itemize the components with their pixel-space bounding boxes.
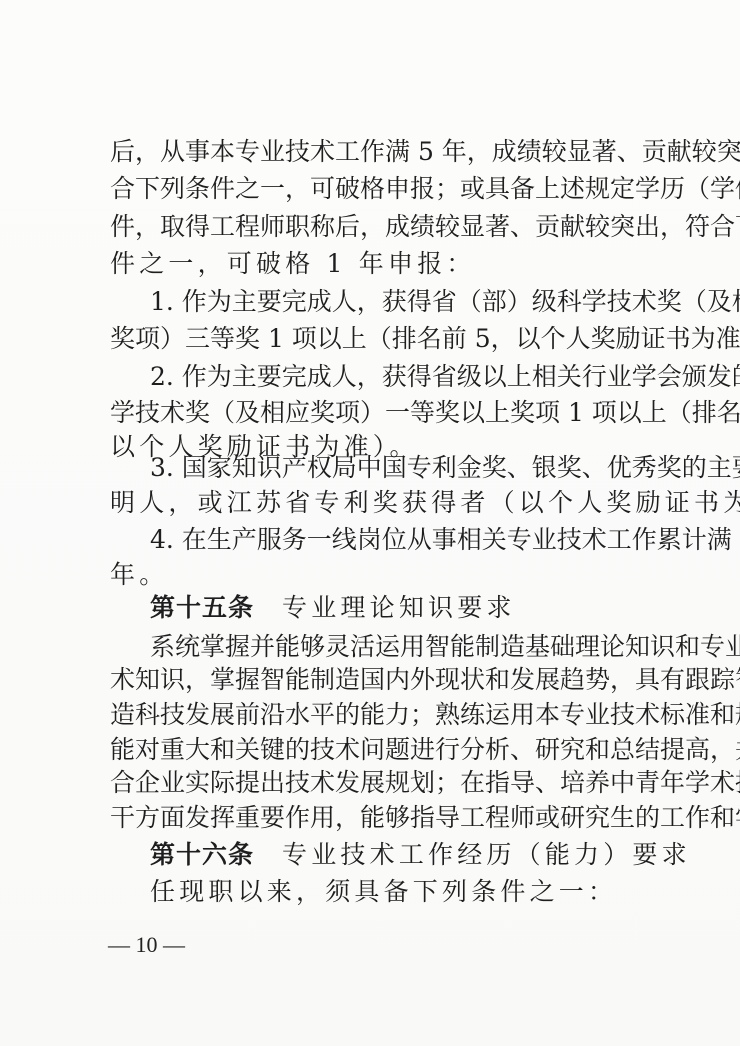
article-15-line: 干方面发挥重要作用，能够指导工程师或研究生的工作和学习。 [110,801,655,835]
article-16-title: 专业技术工作经历（能力）要求 [282,840,691,869]
page-number: — 10 — [108,930,185,960]
list-item-1-line: 奖项）三等奖 1 项以上（排名前 5，以个人奖励证书为准）。 [110,322,655,356]
list-item-1-line: 1. 作为主要完成人，获得省（部）级科学技术奖（及相应 [150,285,655,319]
article-15-line: 术知识，掌握智能制造国内外现状和发展趋势，具有跟踪智能制 [110,663,655,697]
article-15-line: 系统掌握并能够灵活运用智能制造基础理论知识和专业技 [150,630,655,664]
list-item-4-line: 4. 在生产服务一线岗位从事相关专业技术工作累计满 20 [150,523,655,557]
article-16-label: 第十六条 [150,840,254,869]
list-item-2-line: 学技术奖（及相应奖项）一等奖以上奖项 1 项以上（排名前 5， [110,396,655,430]
article-15-title: 专业理论知识要求 [282,593,516,622]
list-item-3-line: 明人，或江苏省专利奖获得者（以个人奖励证书为准）。 [110,486,655,520]
article-15-label: 第十五条 [150,593,254,622]
article-16-heading: 第十六条专业技术工作经历（能力）要求 [150,838,691,872]
paragraph-line: 件之一，可破格 1 年申报： [110,247,655,281]
list-item-3-line: 3. 国家知识产权局中国专利金奖、银奖、优秀奖的主要发 [150,451,655,485]
list-item-2-line: 2. 作为主要完成人，获得省级以上相关行业学会颁发的科 [150,360,655,394]
article-15-line: 能对重大和关键的技术问题进行分析、研究和总结提高，并能结 [110,733,655,767]
article-16-line: 任现职以来，须具备下列条件之一： [150,875,617,909]
article-15-line: 合企业实际提出技术发展规划；在指导、培养中青年学术技术骨 [110,766,655,800]
document-page: 后，从事本专业技术工作满 5 年，成绩较显著、贡献较突出，符 合下列条件之一，可… [0,0,740,1046]
paragraph-line: 件，取得工程师职称后，成绩较显著、贡献较突出，符合下列条 [110,210,655,244]
list-item-4-line: 年。 [110,558,655,592]
paragraph-line: 合下列条件之一，可破格申报；或具备上述规定学历（学位）条 [110,172,655,206]
paragraph-line: 后，从事本专业技术工作满 5 年，成绩较显著、贡献较突出，符 [110,135,655,169]
article-15-line: 造科技发展前沿水平的能力；熟练运用本专业技术标准和规程； [110,698,655,732]
article-15-heading: 第十五条专业理论知识要求 [150,591,516,625]
